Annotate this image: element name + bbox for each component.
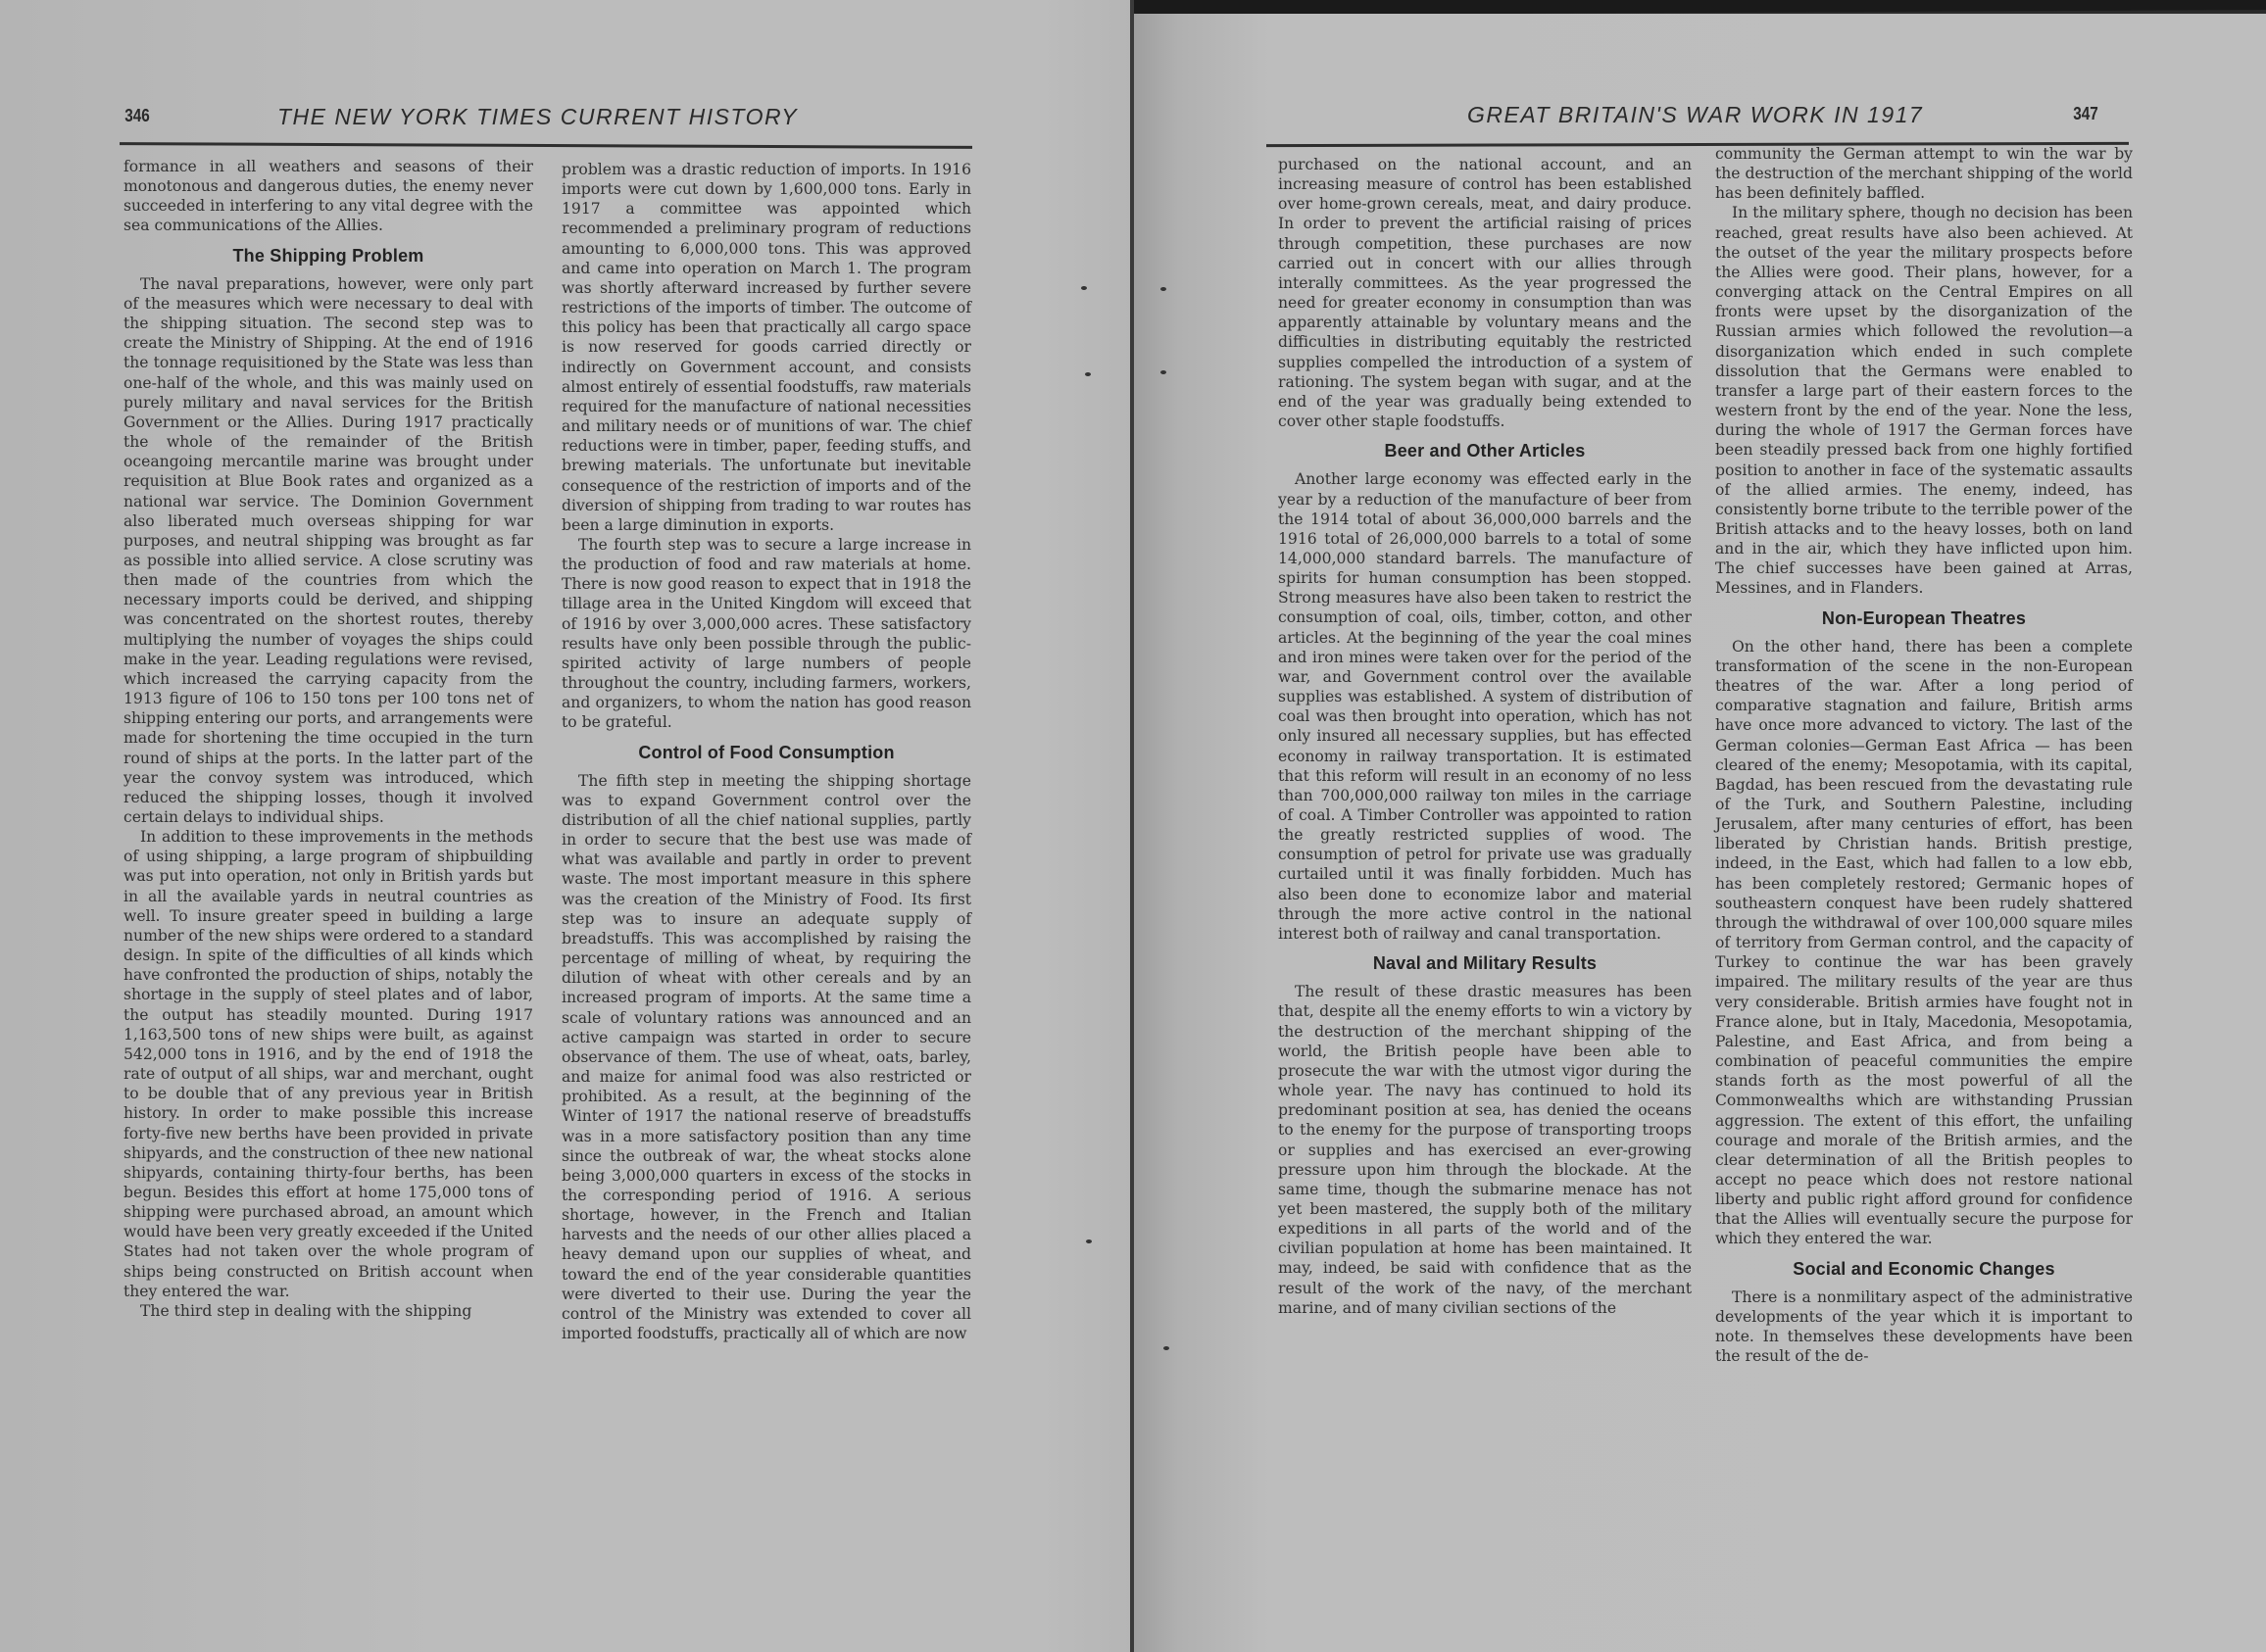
paragraph: Another large economy was effected early… [1278, 469, 1692, 944]
binding-hole-mark [1085, 372, 1091, 376]
binding-hole-mark [1160, 370, 1166, 374]
left-page: 346 THE NEW YORK TIMES CURRENT HISTORY f… [0, 0, 1131, 1652]
paragraph: The fourth step was to secure a large in… [562, 535, 971, 733]
section-heading: Beer and Other Articles [1278, 441, 1692, 461]
paragraph: community the German attempt to win the … [1715, 144, 2133, 203]
section-heading: Naval and Military Results [1278, 953, 1692, 973]
right-page: GREAT BRITAIN'S WAR WORK IN 1917 347 pur… [1133, 14, 2266, 1652]
column-2: problem was a drastic reduction of impor… [562, 160, 971, 1343]
section-heading: The Shipping Problem [123, 246, 533, 266]
binding-hole-mark [1081, 286, 1087, 290]
running-head-left: THE NEW YORK TIMES CURRENT HISTORY [277, 104, 798, 130]
running-head-right: GREAT BRITAIN'S WAR WORK IN 1917 [1467, 102, 1923, 128]
paragraph: On the other hand, there has been a comp… [1715, 637, 2133, 1249]
paragraph: The third step in dealing with the shipp… [123, 1301, 533, 1321]
header-rule-left [120, 142, 972, 149]
binding-hole-mark [1160, 287, 1166, 291]
paragraph: The fifth step in meeting the shipping s… [562, 771, 971, 1344]
binding-hole-mark [1086, 1239, 1092, 1243]
book-spread: 346 THE NEW YORK TIMES CURRENT HISTORY f… [0, 0, 2266, 1652]
paragraph: purchased on the national account, and a… [1278, 155, 1692, 431]
column-3: purchased on the national account, and a… [1278, 155, 1692, 1318]
section-heading: Control of Food Consumption [562, 743, 971, 762]
book-spine [1130, 0, 1134, 1652]
paragraph: formance in all weathers and seasons of … [123, 157, 533, 236]
binding-hole-mark [1163, 1346, 1169, 1350]
column-1: formance in all weathers and seasons of … [123, 157, 533, 1321]
page-number-left: 346 [124, 106, 150, 126]
column-4: community the German attempt to win the … [1715, 144, 2133, 1366]
page-number-right: 347 [2073, 104, 2098, 124]
section-heading: Non-European Theatres [1715, 608, 2133, 628]
paragraph: In addition to these improvements in the… [123, 827, 533, 1301]
paragraph: The result of these drastic measures has… [1278, 982, 1692, 1318]
section-heading: Social and Economic Changes [1715, 1259, 2133, 1279]
paragraph: The naval preparations, however, were on… [123, 274, 533, 827]
paragraph: In the military sphere, though no decisi… [1715, 203, 2133, 598]
paragraph: problem was a drastic reduction of impor… [562, 160, 971, 535]
paragraph: There is a nonmilitary aspect of the adm… [1715, 1288, 2133, 1367]
